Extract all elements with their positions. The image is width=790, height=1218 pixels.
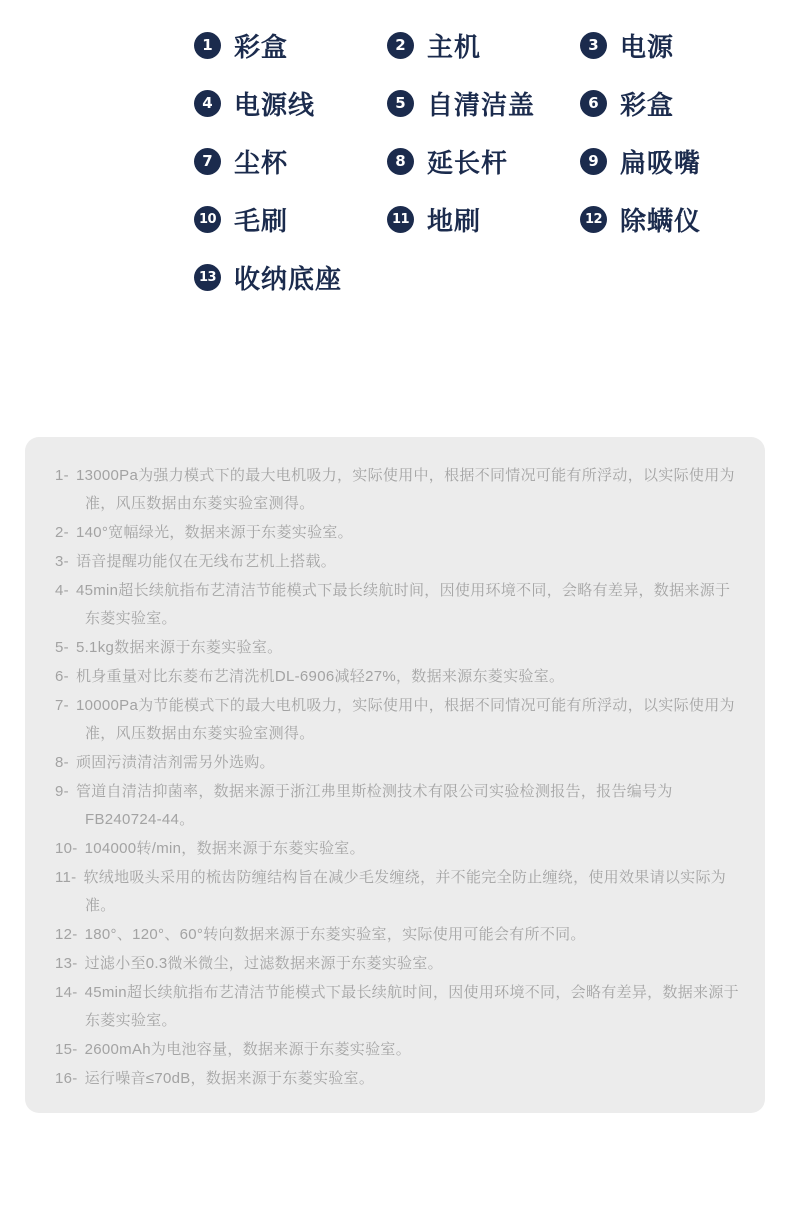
accessory-number-badge: 5 [387, 90, 414, 117]
footnote-item: 4-45min超长续航指布艺清洁节能模式下最长续航时间，因使用环境不同，会略有差… [55, 577, 739, 633]
footnote-item: 6-机身重量对比东菱布艺清洗机DL-6906减轻27%，数据来源东菱实验室。 [55, 663, 739, 691]
footnote-item: 14-45min超长续航指布艺清洁节能模式下最长续航时间，因使用环境不同，会略有… [55, 979, 739, 1035]
accessory-item: 4 电源线 [194, 89, 387, 117]
accessory-number-badge: 13 [194, 264, 221, 291]
accessory-label: 主机 [427, 27, 481, 64]
accessory-label: 彩盒 [234, 27, 288, 64]
accessory-item: 7 尘杯 [194, 147, 387, 175]
accessory-label: 自清洁盖 [427, 85, 535, 122]
accessory-number-badge: 9 [580, 148, 607, 175]
accessory-item: 5 自清洁盖 [387, 89, 580, 117]
footnote-number: 13- [55, 955, 78, 972]
footnote-text: 13000Pa为强力模式下的最大电机吸力，实际使用中，根据不同情况可能有所浮动，… [76, 467, 735, 512]
footnote-text: 45min超长续航指布艺清洁节能模式下最长续航时间，因使用环境不同，会略有差异，… [76, 582, 730, 627]
accessory-label: 除螨仪 [620, 201, 701, 238]
footnote-item: 2-140°宽幅绿光，数据来源于东菱实验室。 [55, 519, 739, 547]
footnote-number: 15- [55, 1041, 78, 1058]
accessory-item: 11 地刷 [387, 205, 580, 233]
footnote-number: 9- [55, 783, 69, 800]
accessory-label: 彩盒 [620, 85, 674, 122]
footnote-item: 7-10000Pa为节能模式下的最大电机吸力，实际使用中，根据不同情况可能有所浮… [55, 692, 739, 748]
footnote-item: 10-104000转/min，数据来源于东菱实验室。 [55, 835, 739, 863]
accessory-item: 3 电源 [580, 31, 773, 59]
accessory-number-badge: 10 [194, 206, 221, 233]
footnote-number: 7- [55, 697, 69, 714]
footnote-item: 11-软绒地吸头采用的梳齿防缠结构旨在减少毛发缠绕，并不能完全防止缠绕，使用效果… [55, 864, 739, 920]
accessory-number-badge: 4 [194, 90, 221, 117]
footnote-text: 45min超长续航指布艺清洁节能模式下最长续航时间，因使用环境不同，会略有差异，… [85, 984, 739, 1029]
accessory-label: 扁吸嘴 [620, 143, 701, 180]
accessories-list: 1 彩盒 2 主机 3 电源 4 电源线 5 自清洁盖 6 彩盒 7 尘杯 [194, 31, 773, 321]
footnote-item: 13-过滤小至0.3微米微尘，过滤数据来源于东菱实验室。 [55, 950, 739, 978]
footnote-text: 软绒地吸头采用的梳齿防缠结构旨在减少毛发缠绕，并不能完全防止缠绕，使用效果请以实… [83, 869, 726, 914]
accessory-number-badge: 11 [387, 206, 414, 233]
accessory-item: 10 毛刷 [194, 205, 387, 233]
accessory-number-badge: 6 [580, 90, 607, 117]
footnote-text: 语音提醒功能仅在无线布艺机上搭载。 [76, 553, 336, 570]
accessory-number-badge: 7 [194, 148, 221, 175]
footnote-number: 8- [55, 754, 69, 771]
footnote-text: 140°宽幅绿光，数据来源于东菱实验室。 [76, 524, 353, 541]
footnote-text: 过滤小至0.3微米微尘，过滤数据来源于东菱实验室。 [85, 955, 443, 972]
footnote-item: 16-运行噪音≤70dB，数据来源于东菱实验室。 [55, 1065, 739, 1093]
footnote-number: 2- [55, 524, 69, 541]
footnote-text: 运行噪音≤70dB，数据来源于东菱实验室。 [85, 1070, 375, 1087]
accessory-label: 毛刷 [234, 201, 288, 238]
accessory-number-badge: 2 [387, 32, 414, 59]
footnote-number: 1- [55, 467, 69, 484]
product-detail-page: 1 彩盒 2 主机 3 电源 4 电源线 5 自清洁盖 6 彩盒 7 尘杯 [0, 0, 790, 1218]
accessory-item: 13 收纳底座 [194, 263, 387, 291]
accessory-number-badge: 12 [580, 206, 607, 233]
accessory-number-badge: 3 [580, 32, 607, 59]
footnote-number: 3- [55, 553, 69, 570]
footnote-text: 104000转/min，数据来源于东菱实验室。 [85, 840, 365, 857]
footnote-item: 1-13000Pa为强力模式下的最大电机吸力，实际使用中，根据不同情况可能有所浮… [55, 462, 739, 518]
accessory-label: 延长杆 [427, 143, 508, 180]
accessory-label: 尘杯 [234, 143, 288, 180]
footnote-item: 12-180°、120°、60°转向数据来源于东菱实验室，实际使用可能会有所不同… [55, 921, 739, 949]
footnote-item: 3-语音提醒功能仅在无线布艺机上搭载。 [55, 548, 739, 576]
footnote-number: 4- [55, 582, 69, 599]
footnote-text: 5.1kg数据来源于东菱实验室。 [76, 639, 283, 656]
accessory-item: 6 彩盒 [580, 89, 773, 117]
footnote-number: 10- [55, 840, 78, 857]
footnote-number: 16- [55, 1070, 78, 1087]
footnote-text: 10000Pa为节能模式下的最大电机吸力，实际使用中，根据不同情况可能有所浮动，… [76, 697, 735, 742]
footnote-item: 9-管道自清洁抑菌率，数据来源于浙江弗里斯检测技术有限公司实验检测报告，报告编号… [55, 778, 739, 834]
footnote-item: 15-2600mAh为电池容量，数据来源于东菱实验室。 [55, 1036, 739, 1064]
accessory-item: 9 扁吸嘴 [580, 147, 773, 175]
footnote-item: 8-顽固污渍清洁剂需另外选购。 [55, 749, 739, 777]
footnote-number: 14- [55, 984, 78, 1001]
accessory-item: 12 除螨仪 [580, 205, 773, 233]
accessory-number-badge: 8 [387, 148, 414, 175]
accessory-number-badge: 1 [194, 32, 221, 59]
footnote-text: 机身重量对比东菱布艺清洗机DL-6906减轻27%，数据来源东菱实验室。 [76, 668, 564, 685]
accessory-label: 地刷 [427, 201, 481, 238]
accessory-label: 收纳底座 [234, 259, 342, 296]
footnote-text: 管道自清洁抑菌率，数据来源于浙江弗里斯检测技术有限公司实验检测报告，报告编号为F… [76, 783, 673, 828]
accessory-item: 2 主机 [387, 31, 580, 59]
accessory-item: 8 延长杆 [387, 147, 580, 175]
footnote-item: 5-5.1kg数据来源于东菱实验室。 [55, 634, 739, 662]
accessory-item: 1 彩盒 [194, 31, 387, 59]
footnote-number: 12- [55, 926, 78, 943]
footnote-number: 5- [55, 639, 69, 656]
accessory-label: 电源线 [234, 85, 315, 122]
accessory-label: 电源 [620, 27, 674, 64]
footnote-text: 2600mAh为电池容量，数据来源于东菱实验室。 [85, 1041, 411, 1058]
footnotes-panel: 1-13000Pa为强力模式下的最大电机吸力，实际使用中，根据不同情况可能有所浮… [25, 437, 765, 1113]
footnote-text: 180°、120°、60°转向数据来源于东菱实验室，实际使用可能会有所不同。 [85, 926, 586, 943]
footnote-text: 顽固污渍清洁剂需另外选购。 [76, 754, 275, 771]
footnote-number: 6- [55, 668, 69, 685]
footnote-number: 11- [55, 869, 76, 886]
